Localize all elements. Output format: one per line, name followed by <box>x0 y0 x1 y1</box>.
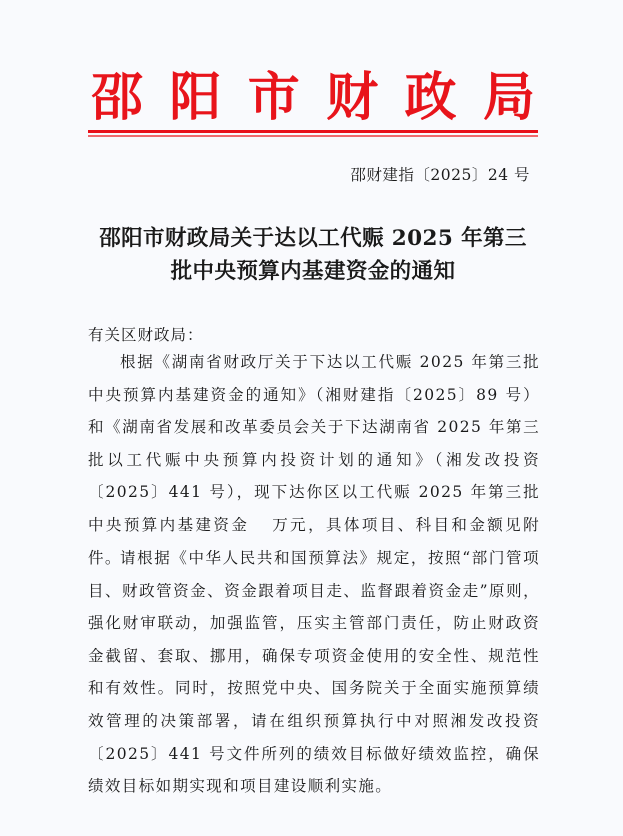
paragraph-1: 根据《湖南省财政厅关于下达以工代赈 2025 年第三批中央预算内基建资金的通知》… <box>88 346 540 574</box>
title-line-1: 邵阳市财政局关于达以工代赈 2025 年第三 <box>88 222 538 255</box>
masthead-char: 阳 <box>166 55 224 130</box>
red-rule-thick <box>88 130 538 133</box>
document-title: 邵阳市财政局关于达以工代赈 2025 年第三 批中央预算内基建资金的通知 <box>88 222 538 288</box>
salutation: 有关区财政局： <box>88 323 204 345</box>
paragraph-2: 请根据《中华人民共和国预算法》规定，按照“部门管项目、财政管资金、资金跟着项目走… <box>88 542 540 803</box>
masthead-char: 政 <box>402 55 460 130</box>
masthead-char: 财 <box>323 55 381 130</box>
red-rule-thin <box>88 135 538 137</box>
masthead-char: 市 <box>245 55 303 130</box>
masthead-title: 邵 阳 市 财 政 局 <box>88 60 538 124</box>
masthead-char: 邵 <box>88 55 146 130</box>
paragraph-1-text-a: 根据《湖南省财政厅关于下达以工代赈 2025 年第三批中央预算内基建资金的通知》… <box>88 353 540 534</box>
masthead-char: 局 <box>480 55 538 130</box>
document-number: 邵财建指〔2025〕24 号 <box>350 163 530 185</box>
title-line-2: 批中央预算内基建资金的通知 <box>88 255 538 288</box>
